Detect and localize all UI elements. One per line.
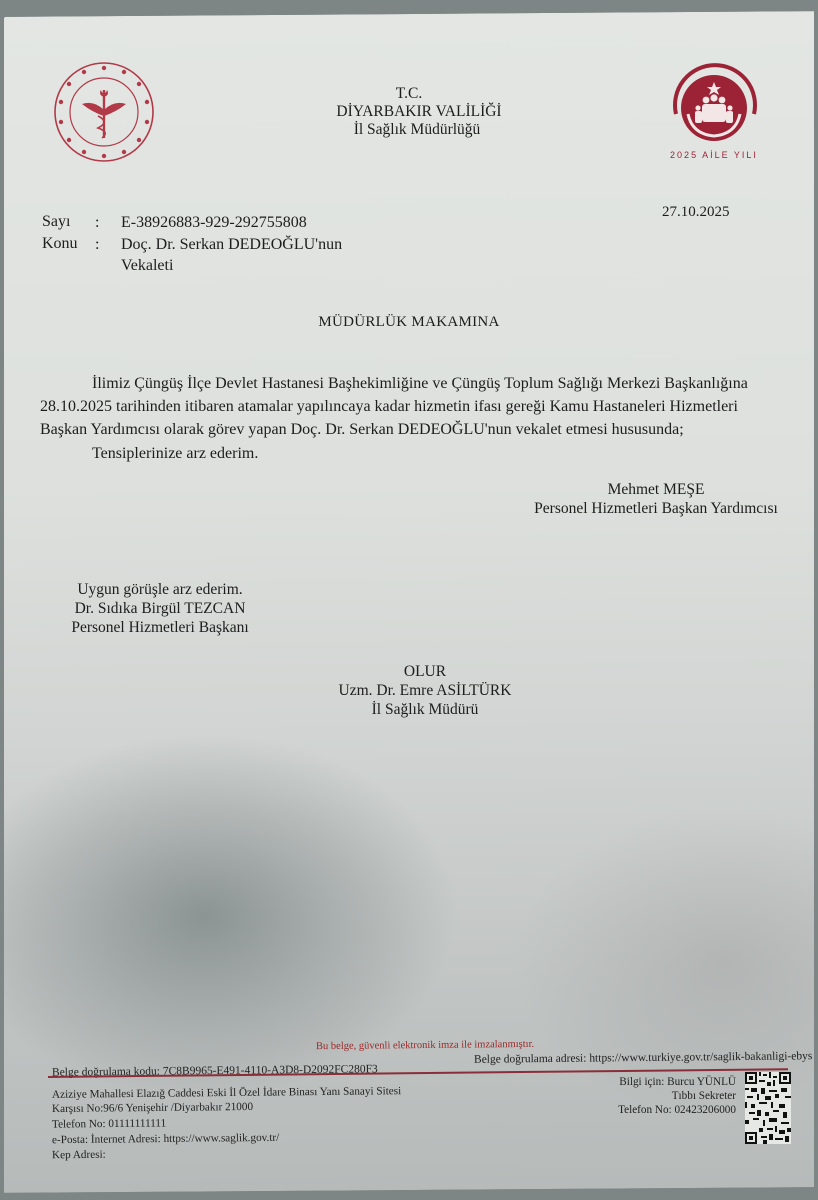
olur-label: OLUR <box>300 662 550 682</box>
document-date: 27.10.2025 <box>662 204 730 221</box>
kep-address: Kep Adresi: <box>52 1148 106 1163</box>
header-governorship: DİYARBAKIR VALİLİĞİ <box>10 103 818 121</box>
preparer-name: Mehmet MEŞE <box>524 480 788 500</box>
sayi-value: E-38926883-929-292755808 <box>121 213 307 232</box>
konu-separator: : <box>95 235 99 254</box>
addressee: MÜDÜRLÜK MAKAMINA <box>0 314 818 331</box>
header-tc: T.C. <box>0 85 818 103</box>
sayi-label: Sayı <box>42 213 70 231</box>
final-signer-title: İl Sağlık Müdürü <box>300 700 550 720</box>
approver-note: Uygun görüşle arz ederim. <box>40 580 280 600</box>
konu-value: Doç. Dr. Serkan DEDEOĞLU'nun <box>121 235 342 254</box>
final-signer-name: Uzm. Dr. Emre ASİLTÜRK <box>300 681 550 701</box>
phone: Telefon No: 01111111111 <box>52 1116 166 1132</box>
info-title: Tıbbı Sekreter <box>560 1089 736 1104</box>
body-closing: Tensiplerinize arz ederim. <box>92 443 258 466</box>
approver-name: Dr. Sıdıka Birgül TEZCAN <box>40 599 280 619</box>
qr-code-icon[interactable] <box>745 1072 791 1144</box>
preparer-title: Personel Hizmetleri Başkan Yardımcısı <box>524 499 788 519</box>
konu-label: Konu <box>42 235 78 253</box>
approver-title: Personel Hizmetleri Başkanı <box>40 618 280 638</box>
svg-text:2025 AİLE YILI: 2025 AİLE YILI <box>670 150 758 160</box>
header-directorate: İl Sağlık Müdürlüğü <box>8 121 818 139</box>
body-line-1: İlimiz Çüngüş İlçe Devlet Hastanesi Başh… <box>92 373 748 396</box>
e-signature-note: Bu belge, güvenli elektronik imza ile im… <box>316 1039 534 1052</box>
body-line-3: Başkan Yardımcısı olarak görev yapan Doç… <box>40 419 684 442</box>
info-phone: Telefon No: 02423206000 <box>560 1103 736 1118</box>
info-contact: Bilgi için: Burcu YÜNLÜ <box>560 1075 736 1090</box>
email-web-link[interactable]: e-Posta: İnternet Adresi: https://www.sa… <box>52 1131 279 1148</box>
address-line-2: Karşısı No:96/6 Yenişehir /Diyarbakır 21… <box>52 1100 253 1117</box>
konu-value-cont: Vekaleti <box>121 256 173 275</box>
sayi-separator: : <box>95 213 99 232</box>
body-line-2: 28.10.2025 tarihinden itibaren atamalar … <box>40 396 738 419</box>
